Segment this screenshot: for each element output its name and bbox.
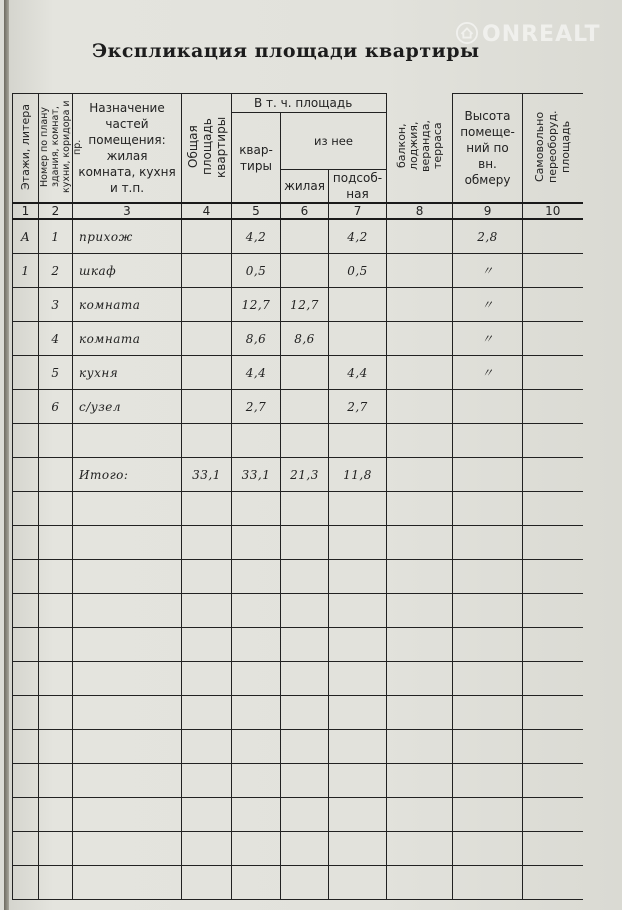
empty-cell <box>73 594 182 628</box>
cell-balcony-area <box>387 322 453 356</box>
header-living: жилая <box>281 170 329 204</box>
cell-unauthorized-area <box>523 458 583 492</box>
empty-cell <box>387 492 453 526</box>
empty-cell <box>387 594 453 628</box>
cell-total-area <box>182 390 232 424</box>
empty-cell <box>39 866 73 900</box>
table-row <box>13 424 583 458</box>
table-row: А1прихож4,24,22,8 <box>13 219 583 254</box>
empty-cell <box>387 560 453 594</box>
header-apartment: квар-тиры <box>232 113 281 204</box>
empty-cell <box>73 560 182 594</box>
empty-cell <box>13 662 39 696</box>
empty-cell <box>13 628 39 662</box>
cell-floor <box>13 356 39 390</box>
cell-unauthorized-area <box>523 254 583 288</box>
empty-cell <box>73 662 182 696</box>
empty-cell <box>232 526 281 560</box>
cell-total-area: 33,1 <box>182 458 232 492</box>
cell-floor <box>13 288 39 322</box>
empty-cell <box>232 492 281 526</box>
cell-plan-number: 4 <box>39 322 73 356</box>
empty-cell <box>453 866 523 900</box>
cell-unauthorized-area <box>523 322 583 356</box>
header-balcony: балкон, лоджия, веранда, терраса <box>387 94 453 204</box>
empty-table-row <box>13 560 583 594</box>
empty-cell <box>13 560 39 594</box>
empty-cell <box>73 492 182 526</box>
header-group-including: В т. ч. площадь <box>232 94 387 113</box>
empty-cell <box>387 696 453 730</box>
column-number: 8 <box>387 203 453 219</box>
empty-cell <box>232 730 281 764</box>
cell-living-area: 12,7 <box>281 288 329 322</box>
cell-floor <box>13 390 39 424</box>
empty-cell <box>329 866 387 900</box>
watermark-text: ONREALT <box>482 22 601 47</box>
empty-cell <box>232 764 281 798</box>
empty-cell <box>329 696 387 730</box>
empty-cell <box>387 764 453 798</box>
empty-cell <box>387 628 453 662</box>
empty-cell <box>523 560 583 594</box>
cell-unauthorized-area <box>523 219 583 254</box>
header-purpose: Назначение частей помещения: жилая комна… <box>73 94 182 204</box>
empty-cell <box>453 730 523 764</box>
table-row: 5кухня4,44,4〃 <box>13 356 583 390</box>
empty-cell <box>281 560 329 594</box>
empty-cell <box>39 526 73 560</box>
cell-auxiliary-area: 2,7 <box>329 390 387 424</box>
empty-cell <box>387 526 453 560</box>
empty-table-row <box>13 730 583 764</box>
cell-auxiliary-area <box>329 322 387 356</box>
cell-total-area <box>182 288 232 322</box>
empty-cell <box>281 662 329 696</box>
empty-cell <box>453 798 523 832</box>
cell-apartment-area: 8,6 <box>232 322 281 356</box>
cell-auxiliary-area: 4,4 <box>329 356 387 390</box>
cell-living-area: 21,3 <box>281 458 329 492</box>
empty-cell <box>453 628 523 662</box>
empty-cell <box>73 628 182 662</box>
empty-cell <box>13 594 39 628</box>
cell-plan-number: 3 <box>39 288 73 322</box>
empty-cell <box>13 764 39 798</box>
empty-cell <box>13 730 39 764</box>
table-row: 6с/узел2,72,7 <box>13 390 583 424</box>
cell-plan-number: 2 <box>39 254 73 288</box>
empty-cell <box>523 696 583 730</box>
empty-cell <box>453 594 523 628</box>
empty-cell <box>39 628 73 662</box>
empty-cell <box>329 730 387 764</box>
empty-cell <box>523 594 583 628</box>
cell-auxiliary-area: 4,2 <box>329 219 387 254</box>
empty-cell <box>453 764 523 798</box>
column-number: 6 <box>281 203 329 219</box>
empty-cell <box>73 764 182 798</box>
cell-living-area <box>281 390 329 424</box>
header-total-area: Общая площадь квартиры <box>182 94 232 204</box>
empty-cell <box>13 866 39 900</box>
cell-purpose: с/узел <box>73 390 182 424</box>
empty-cell <box>523 798 583 832</box>
cell-living-area <box>281 219 329 254</box>
table-row: 12шкаф0,50,5〃 <box>13 254 583 288</box>
column-number: 3 <box>73 203 182 219</box>
cell-balcony-area <box>387 254 453 288</box>
empty-cell <box>387 866 453 900</box>
empty-cell <box>73 696 182 730</box>
header-unauthorized: Самовольно переоборуд. площадь <box>523 94 583 204</box>
empty-cell <box>329 832 387 866</box>
cell-total-area <box>182 322 232 356</box>
empty-cell <box>523 526 583 560</box>
empty-cell <box>182 594 232 628</box>
empty-cell <box>281 798 329 832</box>
cell-purpose: шкаф <box>73 254 182 288</box>
empty-cell <box>281 866 329 900</box>
empty-table-row <box>13 764 583 798</box>
empty-table-row <box>13 832 583 866</box>
empty-cell <box>39 764 73 798</box>
empty-cell <box>182 492 232 526</box>
empty-cell <box>523 764 583 798</box>
cell-living-area <box>281 254 329 288</box>
empty-cell <box>387 662 453 696</box>
empty-cell <box>13 832 39 866</box>
empty-cell <box>39 594 73 628</box>
empty-cell <box>73 526 182 560</box>
empty-cell <box>329 594 387 628</box>
empty-cell <box>39 492 73 526</box>
cell-unauthorized-area <box>523 390 583 424</box>
header-plan-number: Номер по плану здания, комнат, кухни, ко… <box>39 94 73 204</box>
cell-balcony-area <box>387 288 453 322</box>
empty-cell <box>329 764 387 798</box>
empty-cell <box>329 492 387 526</box>
empty-cell <box>182 560 232 594</box>
cell-purpose: комната <box>73 288 182 322</box>
cell-purpose <box>73 424 182 458</box>
empty-table-row <box>13 866 583 900</box>
empty-cell <box>453 696 523 730</box>
cell-height: 〃 <box>453 254 523 288</box>
empty-cell <box>182 526 232 560</box>
cell-balcony-area <box>387 424 453 458</box>
empty-cell <box>182 662 232 696</box>
empty-cell <box>182 764 232 798</box>
empty-cell <box>453 560 523 594</box>
cell-height <box>453 390 523 424</box>
header-height: Высота помеще-ний по вн. обмеру <box>453 94 523 204</box>
empty-cell <box>39 730 73 764</box>
empty-cell <box>182 730 232 764</box>
cell-purpose: прихож <box>73 219 182 254</box>
empty-cell <box>453 526 523 560</box>
watermark: ONREALT <box>456 22 601 47</box>
empty-cell <box>182 696 232 730</box>
empty-cell <box>13 798 39 832</box>
empty-cell <box>73 866 182 900</box>
empty-cell <box>329 628 387 662</box>
empty-cell <box>13 696 39 730</box>
table-body: А1прихож4,24,22,812шкаф0,50,5〃3комната12… <box>13 219 583 900</box>
column-number: 4 <box>182 203 232 219</box>
empty-table-row <box>13 662 583 696</box>
empty-cell <box>39 662 73 696</box>
cell-auxiliary-area <box>329 424 387 458</box>
cell-balcony-area <box>387 219 453 254</box>
cell-total-area <box>182 219 232 254</box>
empty-cell <box>39 560 73 594</box>
house-logo-icon <box>456 22 478 44</box>
cell-apartment-area: 4,2 <box>232 219 281 254</box>
document-page: Экспликация площади квартиры ONREALT Эта… <box>4 0 622 910</box>
empty-cell <box>387 832 453 866</box>
empty-table-row <box>13 526 583 560</box>
cell-unauthorized-area <box>523 356 583 390</box>
empty-cell <box>39 696 73 730</box>
cell-auxiliary-area <box>329 288 387 322</box>
column-number: 5 <box>232 203 281 219</box>
empty-cell <box>329 798 387 832</box>
empty-table-row <box>13 696 583 730</box>
empty-cell <box>281 526 329 560</box>
cell-floor <box>13 458 39 492</box>
cell-floor <box>13 424 39 458</box>
cell-floor: А <box>13 219 39 254</box>
empty-cell <box>232 866 281 900</box>
empty-cell <box>182 798 232 832</box>
empty-cell <box>182 832 232 866</box>
table-row: 3комната12,712,7〃 <box>13 288 583 322</box>
empty-cell <box>281 832 329 866</box>
cell-height <box>453 424 523 458</box>
cell-apartment-area: 4,4 <box>232 356 281 390</box>
empty-cell <box>232 628 281 662</box>
cell-living-area <box>281 356 329 390</box>
cell-apartment-area: 12,7 <box>232 288 281 322</box>
explication-table: Этажи, литера Номер по плану здания, ком… <box>12 93 583 900</box>
empty-cell <box>73 730 182 764</box>
empty-cell <box>453 492 523 526</box>
cell-height: 〃 <box>453 356 523 390</box>
cell-apartment-area: 33,1 <box>232 458 281 492</box>
empty-cell <box>523 492 583 526</box>
empty-cell <box>387 730 453 764</box>
document-title: Экспликация площади квартиры <box>92 40 480 62</box>
empty-cell <box>13 526 39 560</box>
cell-plan-number: 5 <box>39 356 73 390</box>
cell-auxiliary-area: 11,8 <box>329 458 387 492</box>
empty-cell <box>73 798 182 832</box>
empty-cell <box>523 866 583 900</box>
cell-auxiliary-area: 0,5 <box>329 254 387 288</box>
header-row-1: Этажи, литера Номер по плану здания, ком… <box>13 94 583 113</box>
empty-cell <box>232 662 281 696</box>
cell-plan-number <box>39 458 73 492</box>
cell-total-area <box>182 424 232 458</box>
empty-cell <box>182 866 232 900</box>
empty-cell <box>523 730 583 764</box>
cell-balcony-area <box>387 458 453 492</box>
empty-cell <box>453 832 523 866</box>
empty-cell <box>232 696 281 730</box>
empty-table-row <box>13 798 583 832</box>
empty-table-row <box>13 628 583 662</box>
column-number: 7 <box>329 203 387 219</box>
header-group-of-which: из нее <box>281 113 387 170</box>
cell-total-area <box>182 254 232 288</box>
cell-unauthorized-area <box>523 424 583 458</box>
header-auxiliary: подсоб-ная <box>329 170 387 204</box>
empty-cell <box>232 798 281 832</box>
column-number: 2 <box>39 203 73 219</box>
cell-height: 〃 <box>453 288 523 322</box>
cell-plan-number <box>39 424 73 458</box>
empty-cell <box>329 662 387 696</box>
empty-cell <box>13 492 39 526</box>
cell-living-area <box>281 424 329 458</box>
empty-cell <box>39 798 73 832</box>
cell-apartment-area: 0,5 <box>232 254 281 288</box>
empty-cell <box>39 832 73 866</box>
empty-cell <box>281 628 329 662</box>
empty-cell <box>281 730 329 764</box>
empty-cell <box>523 662 583 696</box>
cell-balcony-area <box>387 390 453 424</box>
cell-plan-number: 6 <box>39 390 73 424</box>
cell-height: 〃 <box>453 322 523 356</box>
empty-cell <box>232 832 281 866</box>
page-binding-edge <box>4 0 9 910</box>
empty-cell <box>387 798 453 832</box>
total-row: Итого:33,133,121,311,8 <box>13 458 583 492</box>
empty-cell <box>523 628 583 662</box>
cell-purpose: кухня <box>73 356 182 390</box>
empty-cell <box>232 594 281 628</box>
empty-cell <box>281 764 329 798</box>
empty-cell <box>281 594 329 628</box>
cell-height: 2,8 <box>453 219 523 254</box>
cell-total-area <box>182 356 232 390</box>
empty-cell <box>232 560 281 594</box>
cell-unauthorized-area <box>523 288 583 322</box>
empty-cell <box>281 696 329 730</box>
empty-cell <box>453 662 523 696</box>
empty-cell <box>73 832 182 866</box>
cell-living-area: 8,6 <box>281 322 329 356</box>
cell-floor: 1 <box>13 254 39 288</box>
column-number-row: 1 2 3 4 5 6 7 8 9 10 <box>13 203 583 219</box>
empty-table-row <box>13 594 583 628</box>
cell-plan-number: 1 <box>39 219 73 254</box>
empty-cell <box>523 832 583 866</box>
column-number: 1 <box>13 203 39 219</box>
cell-floor <box>13 322 39 356</box>
cell-purpose: комната <box>73 322 182 356</box>
empty-table-row <box>13 492 583 526</box>
column-number: 9 <box>453 203 523 219</box>
empty-cell <box>329 560 387 594</box>
empty-cell <box>329 526 387 560</box>
cell-apartment-area: 2,7 <box>232 390 281 424</box>
table-row: 4комната8,68,6〃 <box>13 322 583 356</box>
empty-cell <box>281 492 329 526</box>
empty-cell <box>182 628 232 662</box>
column-number: 10 <box>523 203 583 219</box>
cell-balcony-area <box>387 356 453 390</box>
cell-apartment-area <box>232 424 281 458</box>
header-floor: Этажи, литера <box>13 94 39 204</box>
cell-purpose: Итого: <box>73 458 182 492</box>
cell-height <box>453 458 523 492</box>
